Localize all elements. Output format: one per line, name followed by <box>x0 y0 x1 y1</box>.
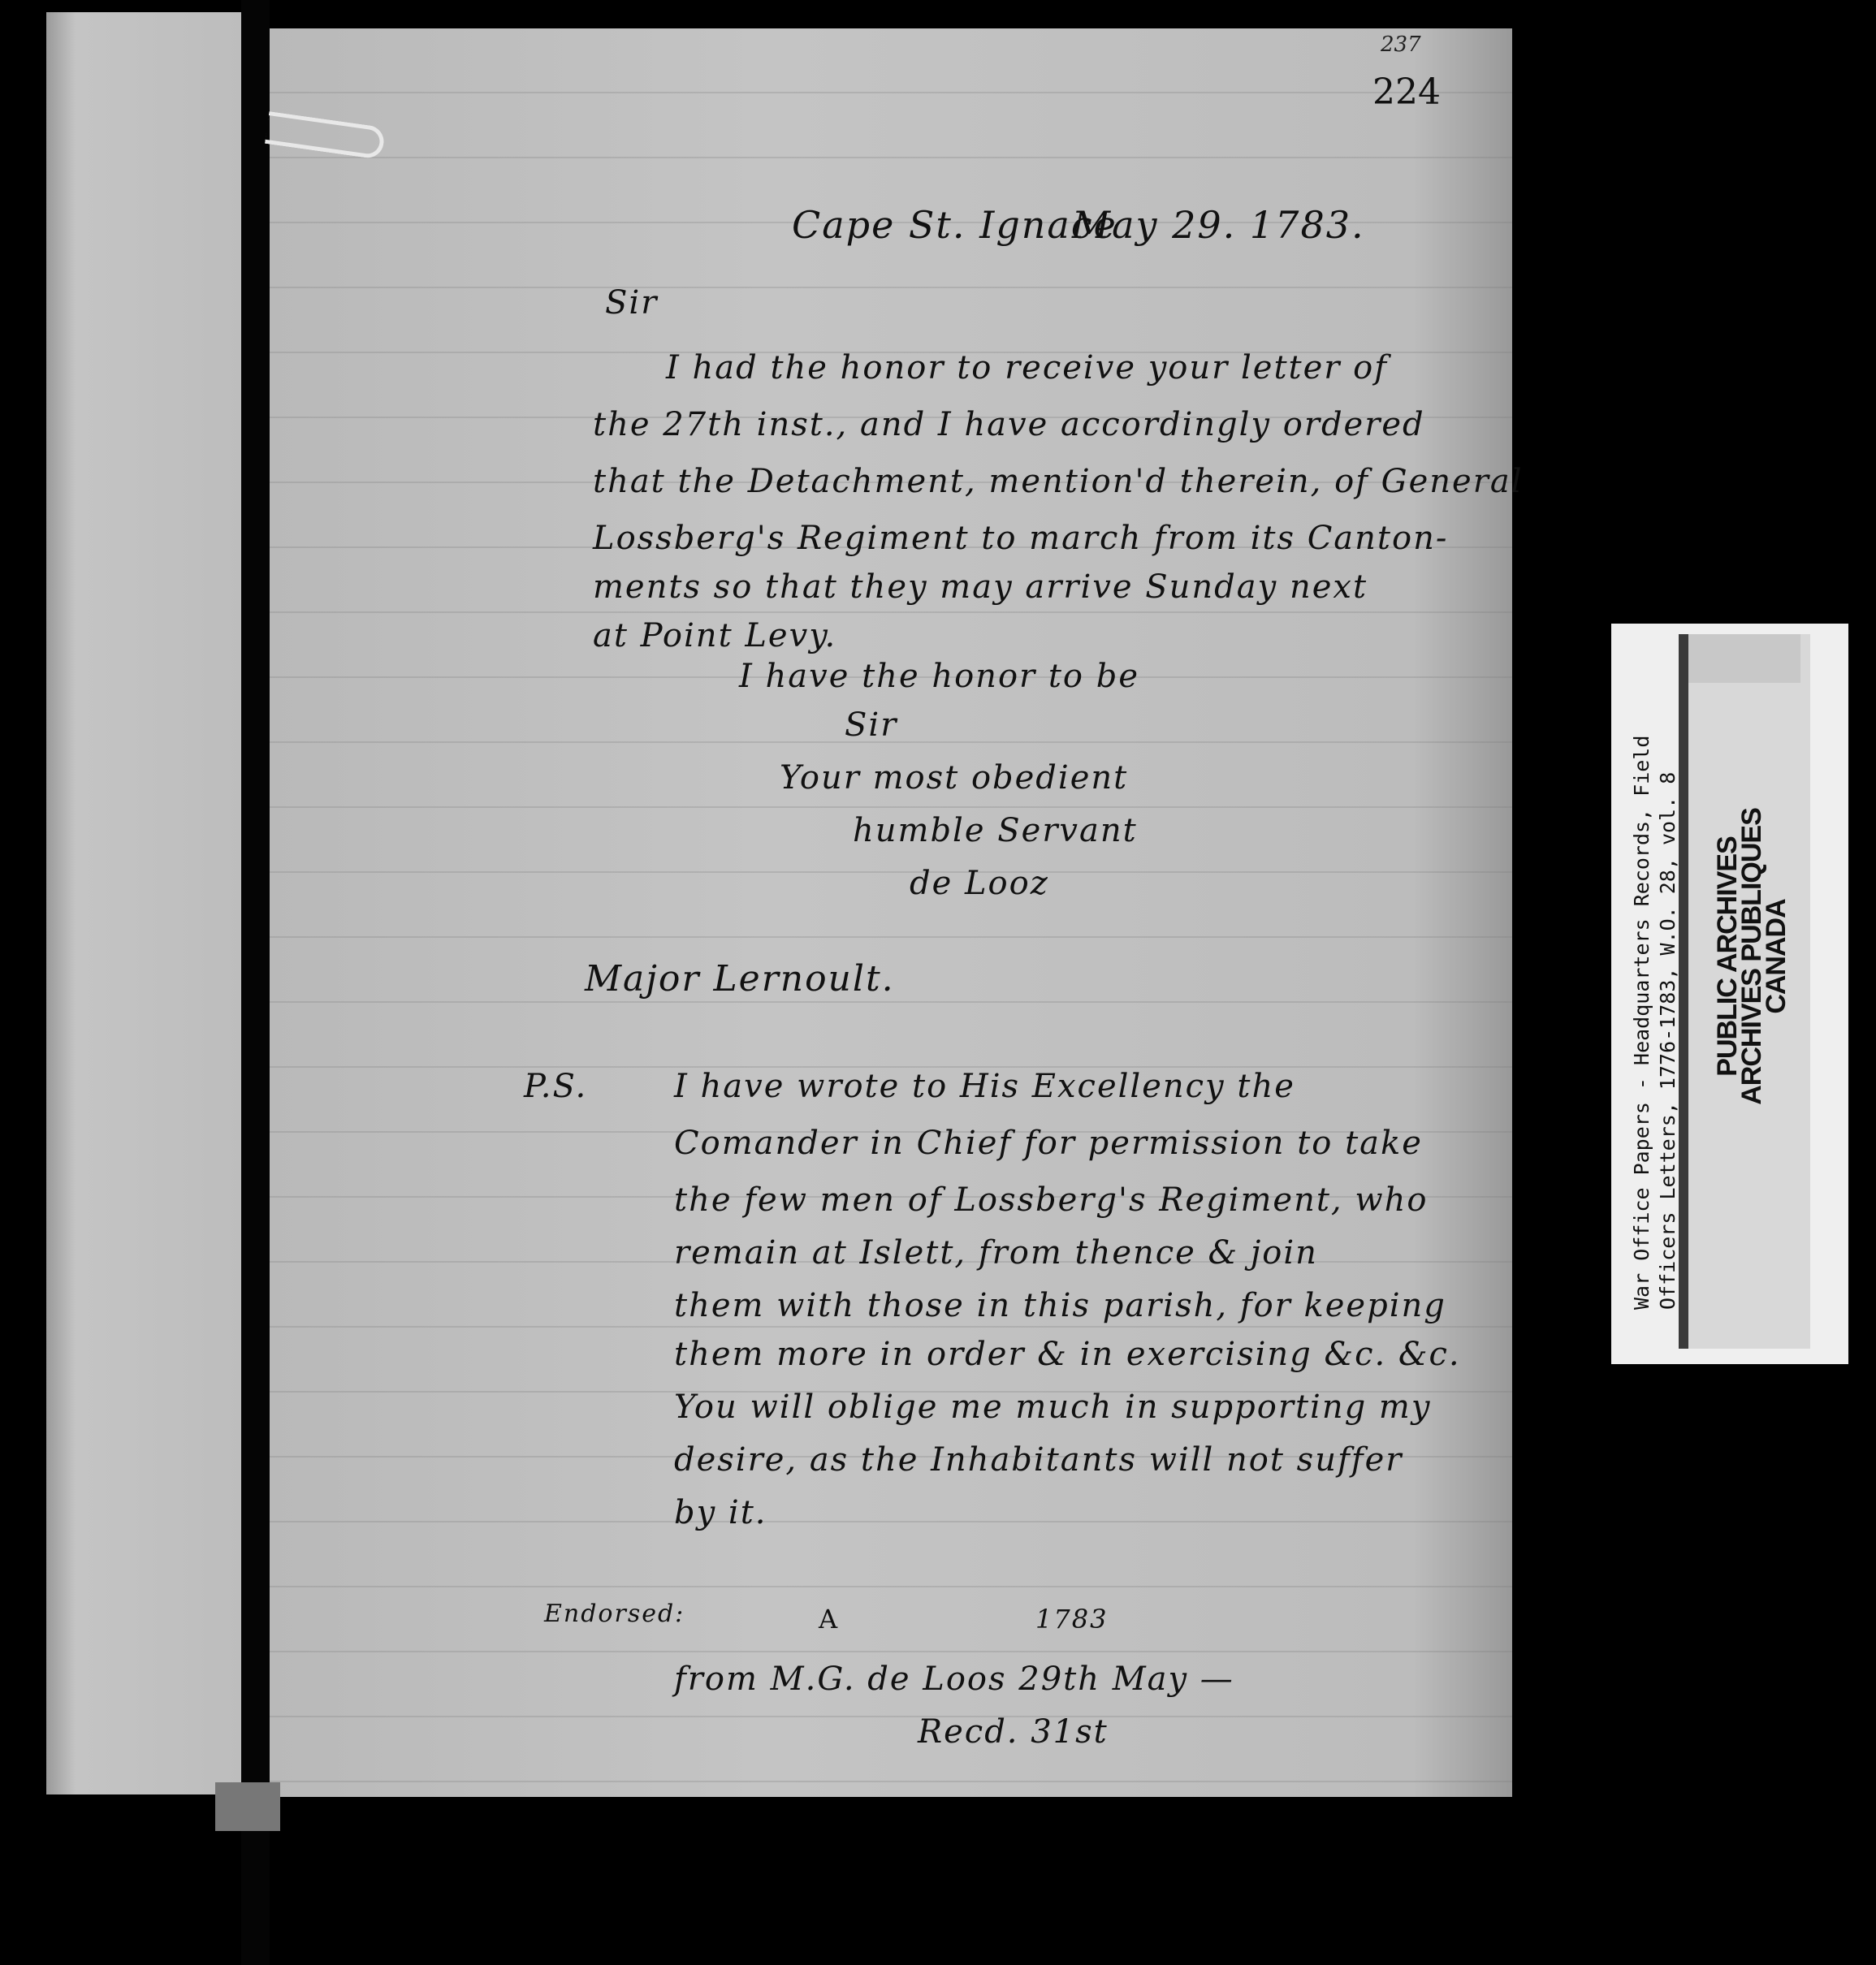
ruled-lines <box>270 28 1512 1797</box>
postscript-line: I have wrote to His Excellency the <box>674 1068 1295 1105</box>
postscript-line: You will oblige me much in supporting my <box>674 1388 1431 1426</box>
folio-number-old: 237 <box>1381 32 1421 57</box>
postscript-line: by it. <box>674 1494 767 1531</box>
body-line: at Point Levy. <box>593 617 836 654</box>
closing-line: Sir <box>845 706 897 744</box>
body-line: that the Detachment, mention'd therein, … <box>593 463 1524 500</box>
body-line: Lossberg's Regiment to march from its Ca… <box>593 520 1448 557</box>
postscript-line: Comander in Chief for permission to take <box>674 1125 1423 1162</box>
endorsement-from: from M.G. de Loos 29th May — <box>674 1661 1234 1698</box>
archive-label: War Office Papers - Headquarters Records… <box>1611 624 1848 1364</box>
binding-gutter <box>241 0 270 1965</box>
folio-number: 224 <box>1372 71 1441 113</box>
stamp-line: CANADA <box>1764 794 1788 1119</box>
postscript-line: them more in order & in exercising &c. &… <box>674 1336 1461 1373</box>
body-line: I had the honor to receive your letter o… <box>666 349 1388 387</box>
closing-line: humble Servant <box>853 812 1138 849</box>
endorsement-label: Endorsed: <box>544 1600 685 1628</box>
archive-tab-fold <box>1688 634 1800 683</box>
citation-line: Officers Letters, 1776-1783, W.O. 28, vo… <box>1655 736 1681 1310</box>
letter-place: Cape St. Ignace <box>792 203 1117 247</box>
postscript-line: them with those in this parish, for keep… <box>674 1287 1446 1324</box>
citation-line: War Office Papers - Headquarters Records… <box>1629 736 1655 1310</box>
endorsement-mark: A <box>819 1604 839 1635</box>
postscript-line: desire, as the Inhabitants will not suff… <box>674 1441 1403 1479</box>
addressee: Major Lernoult. <box>585 958 895 1000</box>
signature: de Looz <box>910 865 1049 902</box>
endorsement-received: Recd. 31st <box>918 1713 1109 1751</box>
endorsement-year: 1783 <box>1035 1604 1108 1635</box>
binding-stain <box>215 1782 280 1831</box>
facing-page-edge <box>46 12 241 1794</box>
closing-line: Your most obedient <box>780 759 1128 797</box>
letter-date: May 29. 1783. <box>1072 203 1365 247</box>
body-line: the 27th inst., and I have accordingly o… <box>593 406 1425 443</box>
postscript-label: P.S. <box>524 1068 587 1105</box>
closing-line: I have the honor to be <box>739 658 1139 695</box>
citation-text: War Office Papers - Headquarters Records… <box>1629 736 1681 1310</box>
manuscript-page <box>270 28 1512 1797</box>
archive-stamp: PUBLIC ARCHIVES ARCHIVES PUBLIQUES CANAD… <box>1715 794 1788 1119</box>
salutation: Sir <box>605 284 658 322</box>
body-line: ments so that they may arrive Sunday nex… <box>593 568 1368 606</box>
postscript-line: remain at Islett, from thence & join <box>674 1234 1318 1272</box>
postscript-line: the few men of Lossberg's Regiment, who <box>674 1181 1428 1219</box>
